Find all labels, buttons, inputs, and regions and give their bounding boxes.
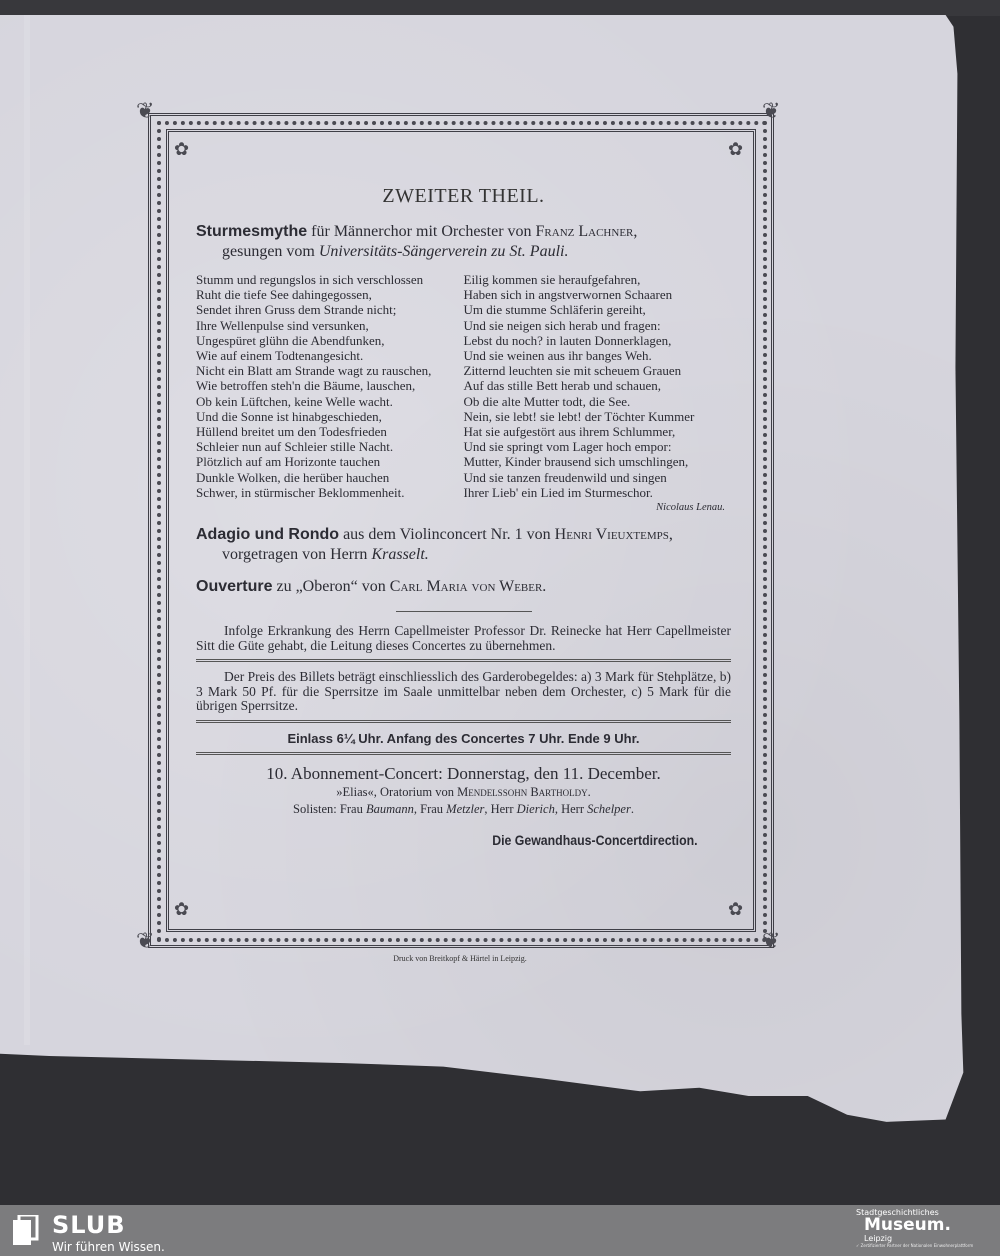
corner-ornament-icon: ❦ [762, 930, 780, 952]
poem-author: Nicolaus Lenau. [196, 502, 731, 513]
soloist-name: Schelper [587, 802, 631, 816]
poem-line: Ihrer Lieb' ein Lied im Sturmeschor. [464, 485, 732, 500]
notice-prices: Der Preis des Billets beträgt einschlies… [196, 670, 731, 714]
poem-line: Haben sich in angstverwornen Schaaren [464, 287, 732, 302]
next-concert-date: 10. Abonnement-Concert: Donnerstag, den … [196, 763, 731, 784]
poem-line: Ob kein Lüftchen, keine Welle wacht. [196, 394, 464, 409]
signature: Die Gewandhaus-Concertdirection. [260, 832, 731, 848]
notice-conductor: Infolge Erkrankung des Herrn Capellmeist… [196, 624, 731, 653]
poem-line: Ob die alte Mutter todt, die See. [464, 394, 732, 409]
poem-line: Und sie springt vom Lager hoch empor: [464, 439, 732, 454]
performer-prefix: vorgetragen von Herrn [222, 546, 371, 563]
viewer-top-bar [0, 0, 1000, 16]
double-rule-divider [196, 659, 731, 662]
poem-line: Hüllend breitet um den Todesfrieden [196, 424, 464, 439]
poem-line: Nein, sie lebt! sie lebt! der Töchter Ku… [464, 409, 732, 424]
piece-title: Ouverture [196, 578, 272, 595]
program-content: ZWEITER THEIL. Sturmesmythe für Männerch… [196, 185, 731, 848]
soloist-name: Metzler [446, 802, 484, 816]
piece-sturmesmythe: Sturmesmythe für Männerchor mit Orcheste… [196, 222, 731, 262]
poem-line: Lebst du noch? in lauten Donnerklagen, [464, 333, 732, 348]
piece-title: Sturmesmythe [196, 223, 307, 240]
soloist-name: Dierich [517, 802, 555, 816]
piece-title: Adagio und Rondo [196, 526, 339, 543]
slub-tagline: Wir führen Wissen. [52, 1240, 165, 1254]
poem-line: Schwer, in stürmischer Beklommenheit. [196, 485, 464, 500]
poem-line: Ihre Wellenpulse sind versunken, [196, 318, 464, 333]
concert-times: Einlass 6¼ Uhr. Anfang des Concertes 7 U… [196, 731, 731, 746]
inner-corner-ornament-icon: ✿ [728, 140, 743, 158]
poem-line: Mutter, Kinder brausend sich umschlingen… [464, 454, 732, 469]
poem-line: Dunkle Wolken, die herüber hauchen [196, 470, 464, 485]
poem-line: Ungespüret glühn die Abendfunken, [196, 333, 464, 348]
poem-line: Hat sie aufgestört aus ihrem Schlummer, [464, 424, 732, 439]
piece-ouverture-oberon: Ouverture zu „Oberon“ von Carl Maria von… [196, 577, 731, 597]
poem-line: Nicht ein Blatt am Strande wagt zu rausc… [196, 363, 464, 378]
section-title: ZWEITER THEIL. [196, 185, 731, 208]
piece-desc: für Männerchor mit Orchester von [307, 223, 535, 240]
corner-ornament-icon: ❦ [762, 100, 780, 122]
soloist-name: Baumann [366, 802, 414, 816]
poem-line: Sendet ihren Gruss dem Strande nicht; [196, 302, 464, 317]
poem-line: Und die Sonne ist hinabgeschieden, [196, 409, 464, 424]
poem-line: Und sie tanzen freudenwild und singen [464, 470, 732, 485]
piece-desc: zu „Oberon“ von [272, 578, 389, 595]
piece-desc: aus dem Violinconcert Nr. 1 von [339, 526, 555, 543]
poem-line: Stumm und regungslos in sich verschlosse… [196, 272, 464, 287]
performer: Krasselt. [371, 546, 428, 563]
poem-line: Wie betroffen steh'n die Bäume, lauschen… [196, 378, 464, 393]
poem-line: Auf das stille Bett herab und schauen, [464, 378, 732, 393]
performer-prefix: gesungen vom [222, 243, 319, 260]
corner-ornament-icon: ❦ [136, 100, 154, 122]
next-concert: 10. Abonnement-Concert: Donnerstag, den … [196, 763, 731, 818]
poem-line: Und sie neigen sich herab und fragen: [464, 318, 732, 333]
paper-fold-line [24, 15, 30, 1045]
composer: Henri Vieuxtemps, [555, 526, 673, 543]
piece-adagio-rondo: Adagio und Rondo aus dem Violinconcert N… [196, 525, 731, 565]
divider [396, 611, 532, 612]
poem-right-column: Eilig kommen sie heraufgefahren,Haben si… [464, 272, 732, 500]
poem-line: Und sie weinen aus ihr banges Weh. [464, 348, 732, 363]
poem-line: Plötzlich auf am Horizonte tauchen [196, 454, 464, 469]
double-rule-divider [196, 720, 731, 723]
next-concert-work: »Elias«, Oratorium von Mendelssohn Barth… [196, 784, 731, 801]
next-concert-soloists: Solisten: Frau Baumann, Frau Metzler, He… [196, 801, 731, 818]
inner-corner-ornament-icon: ✿ [174, 140, 189, 158]
inner-corner-ornament-icon: ✿ [174, 900, 189, 918]
printer-imprint: Druck von Breitkopf & Härtel in Leipzig. [0, 954, 920, 963]
poem-line: Wie auf einem Todtenangesicht. [196, 348, 464, 363]
poem-line: Zitternd leuchten sie mit scheuem Grauen [464, 363, 732, 378]
museum-logo[interactable]: Stadtgeschichtliches Museum. Leipzig ✓ Z… [846, 1208, 986, 1248]
poem-line: Ruht die tiefe See dahingegossen, [196, 287, 464, 302]
footer-bar: SLUB Wir führen Wissen. Stadtgeschichtli… [0, 1205, 1000, 1256]
composer: Franz Lachner, [536, 223, 638, 240]
poem-line: Eilig kommen sie heraufgefahren, [464, 272, 732, 287]
poem-line: Schleier nun auf Schleier stille Nacht. [196, 439, 464, 454]
slub-logo-text[interactable]: SLUB [52, 1211, 126, 1239]
inner-corner-ornament-icon: ✿ [728, 900, 743, 918]
composer: Carl Maria von Weber. [390, 578, 547, 595]
double-rule-divider [196, 752, 731, 755]
poem: Stumm und regungslos in sich verschlosse… [196, 272, 731, 500]
corner-ornament-icon: ❦ [136, 930, 154, 952]
slub-book-logo-icon [13, 1215, 39, 1245]
poem-line: Um die stumme Schläferin gereiht, [464, 302, 732, 317]
performer: Universitäts-Sängerverein zu St. Pauli. [319, 243, 569, 260]
poem-left-column: Stumm und regungslos in sich verschlosse… [196, 272, 464, 500]
